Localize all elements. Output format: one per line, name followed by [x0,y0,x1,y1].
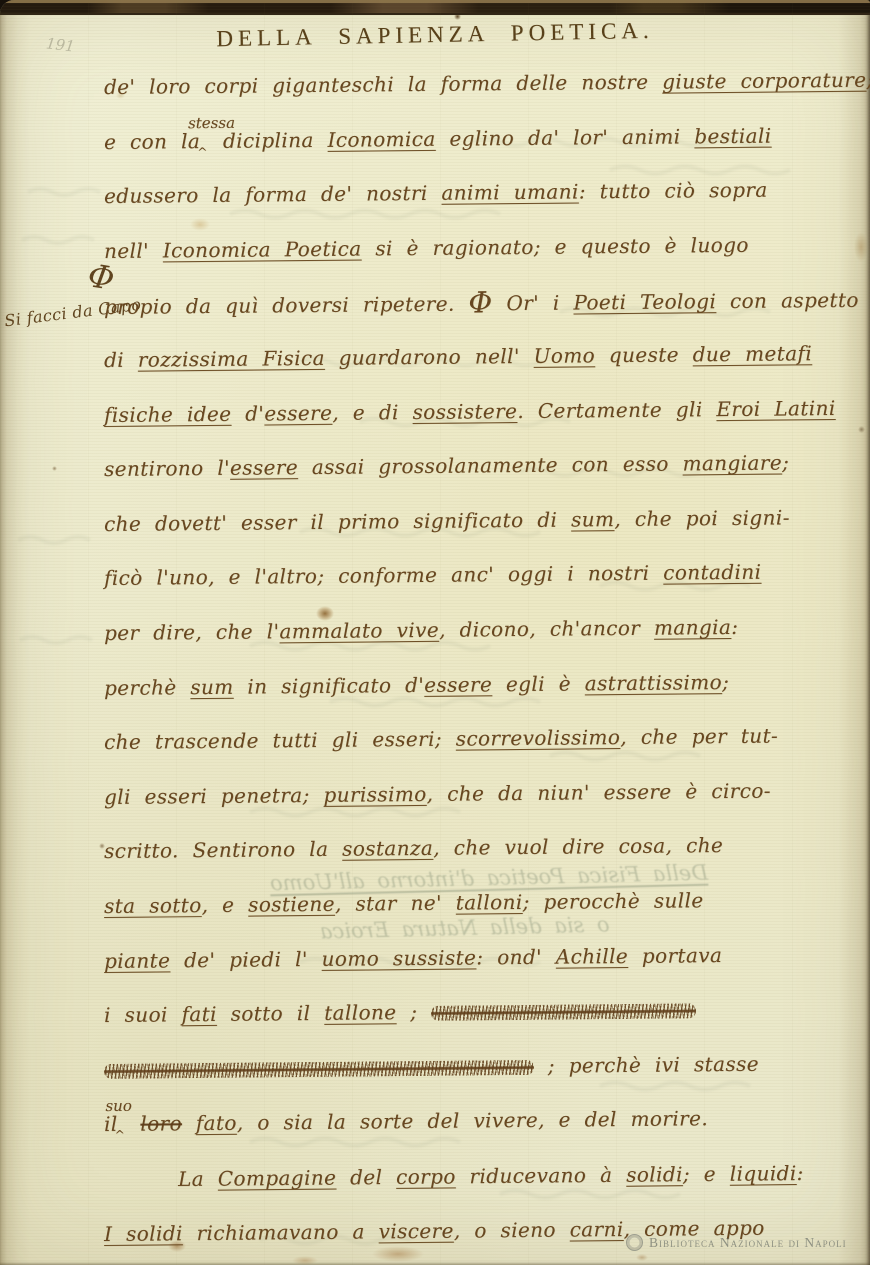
manuscript-line: ficò l'uno, e l'altro; conforme anc' ogg… [104,559,762,591]
handwritten-text: d' [231,401,264,425]
underlined-word: mangiare [682,451,782,476]
underlined-word: Poeti Teologi [573,290,716,315]
handwritten-text: , e di [332,400,412,425]
manuscript-line: propio da quì doversi ripetere. Φ Or' i … [104,285,859,321]
inserted-word: stessa [188,109,235,135]
handwritten-text: si è ragionato; e questo è luogo [361,233,748,261]
caret-mark: ^ [197,139,208,165]
underlined-word: sossistere [412,399,517,424]
underlined-word: piante [104,948,171,973]
handwritten-text: La [178,1167,218,1191]
handwritten-text: ; [396,1000,431,1024]
inserted-word: suo [105,1093,132,1119]
underlined-word: purissimo [323,782,426,807]
underlined-word: carni [570,1217,624,1242]
handwritten-text: ; [866,68,870,92]
manuscript-line: che dovett' esser il primo significato d… [104,504,790,537]
underlined-word: solidi [626,1162,683,1187]
manuscript-line: per dire, che l'ammalato vive, dicono, c… [104,614,739,646]
crossed-out-scribble [104,1060,534,1079]
handwritten-text: scritto. Sentirono la [104,837,342,863]
handwritten-text: , star ne' [335,891,456,916]
handwritten-text: . Certamente gli [517,397,716,423]
underlined-word: rozzissima Fisica [138,346,325,372]
handwritten-text: de' piedi l' [170,947,322,972]
manuscript-line: sentirono l'essere assai grossolanamente… [104,450,789,483]
handwritten-text: i suoi [104,1002,182,1027]
underlined-word: Iconomica [327,126,435,151]
underlined-word: I solidi [104,1221,183,1246]
manuscript-line: di rozzissima Fisica guardarono nell' Uo… [104,340,812,373]
book-top-edge [0,0,870,15]
underlined-word: tallone [324,1000,397,1025]
handwritten-text: portava [628,943,722,968]
handwritten-text: sentirono l' [104,456,230,481]
handwritten-text: , dicono, ch'ancor [439,616,654,642]
underlined-word: essere [264,400,332,425]
manuscript-line: e con lastessa^ diciplina Iconomica egli… [104,122,772,154]
underlined-word: sta sotto [104,893,202,918]
manuscript-line: scritto. Sentirono la sostanza, che vuol… [104,832,723,864]
handwritten-text: , o sia la sorte del vivere, e del morir… [237,1107,708,1136]
handwritten-text: sotto il [217,1001,325,1026]
handwritten-text: , che per tut- [620,724,778,750]
handwritten-text: ; e [683,1162,730,1186]
underlined-word: mangia [654,615,732,640]
handwritten-text: , e [201,893,248,917]
handwritten-text: ; [722,670,729,694]
underlined-word: fato [196,1111,237,1135]
handwritten-text: assai grossolanamente con esso [298,452,683,480]
handwritten-text: : tutto ciò sopra [579,178,768,204]
manuscript-line: i suoi fati sotto il tallone ; [104,997,696,1029]
underlined-word: giuste corporature [662,68,866,94]
library-seal-icon [626,1234,643,1251]
handwritten-text: ; perchè ivi stasse [534,1052,759,1078]
underlined-word: sostanza [342,836,433,861]
manuscript-line: edussero la forma de' nostri animi umani… [104,177,768,209]
manuscript-line: che trascende tutti gli esseri; scorrevo… [104,723,778,755]
manuscript-line: de' loro corpi giganteschi la forma dell… [104,67,870,100]
caret-mark: ^ [115,1122,126,1148]
underlined-word: ammalato vive [279,618,439,644]
underlined-word: liquidi [730,1161,797,1186]
handwritten-text: egli è [492,671,585,696]
underlined-word: essere [424,672,492,697]
crossed-out-scribble [431,1004,696,1022]
underlined-word: sum [571,507,615,531]
ink-layer: de' loro corpi giganteschi la forma dell… [0,0,870,1265]
handwritten-text: che dovett' esser il primo significato d… [104,507,571,535]
underlined-word: contadini [663,560,761,585]
underlined-word: astrattissimo [585,670,723,695]
handwritten-text: perchè [104,675,191,700]
manuscript-line: ; perchè ivi stasse [104,1051,759,1083]
underlined-word: fisiche idee [104,401,232,426]
underlined-word: sostiene [248,892,335,917]
handwritten-text: riducevano à [456,1163,627,1189]
handwritten-text: : ond' [476,944,556,969]
manuscript-line: ilsuo^ loro fato, o sia la sorte del viv… [104,1106,708,1138]
handwritten-text: loro [140,1112,182,1136]
manuscript-line: piante de' piedi l' uomo sussiste: ond' … [104,942,723,974]
underlined-word: bestiali [694,123,771,148]
manuscript-line: sta sotto, e sostiene, star ne' talloni;… [104,887,704,919]
handwritten-text: di [104,348,138,372]
handwritten-text: ficò l'uno, e l'altro; conforme anc' ogg… [104,561,663,590]
underlined-word: Iconomica Poetica [163,236,362,262]
manuscript-line: fisiche idee d'essere, e di sossistere. … [104,395,836,428]
handwritten-text: che trascende tutti gli esseri; [104,727,456,754]
handwritten-text [182,1112,196,1136]
handwritten-text: eglino da' lor' animi [436,124,695,150]
underlined-word: scorrevolissimo [456,725,621,751]
handwritten-text: con aspetto [716,288,859,313]
underlined-word: sum [190,674,234,698]
underlined-word: Compagine [218,1165,337,1190]
handwritten-text: del [336,1165,396,1190]
manuscript-line: gli esseri penetra; purissimo, che da ni… [104,777,771,809]
paragraph-mark: Φ [468,286,493,320]
handwritten-text: gli esseri penetra; [104,783,324,809]
handwritten-text: ; perocchè sulle [522,888,703,914]
handwritten-text: richiamavano a [183,1219,379,1245]
handwritten-text: , che vuol dire cosa, che [433,833,723,860]
underlined-word: Eroi Latini [716,396,836,421]
handwritten-text: edussero la forma de' nostri [104,181,442,208]
underlined-word: fati [181,1002,217,1026]
underlined-word: due metafi [693,341,813,366]
handwritten-text: propio da quì doversi ripetere. [104,292,469,319]
handwritten-text: , o sieno [454,1217,570,1242]
handwritten-text: , che da niun' essere è circo- [426,778,770,805]
handwritten-text: , che poi signi- [614,505,790,531]
underlined-word: uomo sussiste [321,945,476,970]
underlined-word: corpo [396,1164,456,1189]
handwritten-text: Or' i [493,291,574,316]
handwritten-text: e con la [104,129,200,154]
manuscript-line: perchè sum in significato d'essere egli … [104,669,729,701]
underlined-word: Achille [556,944,629,969]
interlinear-insertion: stessa^ [200,128,209,148]
interlinear-insertion: suo^ [117,1111,126,1131]
handwritten-text: queste [595,342,693,367]
handwritten-text: : [731,615,738,639]
handwritten-text: per dire, che l' [104,619,280,645]
handwritten-text: nell' [104,238,163,263]
manuscript-line: nell' Iconomica Poetica si è ragionato; … [104,232,749,264]
handwritten-text: de' loro corpi giganteschi la forma dell… [104,70,662,99]
underlined-word: talloni [456,890,523,915]
handwritten-text: guardarono nell' [325,344,534,370]
underlined-word: animi umani [441,180,579,205]
underlined-word: viscere [378,1218,453,1243]
handwritten-text: : [796,1161,803,1185]
underlined-word: Uomo [533,343,595,368]
manuscript-page: Della Fisica Poetica d'intorno all'Uomo … [0,0,870,1265]
handwritten-text: in significato d' [233,673,424,699]
manuscript-line: La Compagine del corpo riducevano à soli… [178,1160,804,1192]
underlined-word: essere [230,455,298,480]
watermark-text: Biblioteca Nazionale di Napoli [649,1235,847,1251]
handwritten-text: ; [782,451,789,475]
watermark: Biblioteca Nazionale di Napoli [626,1234,847,1251]
